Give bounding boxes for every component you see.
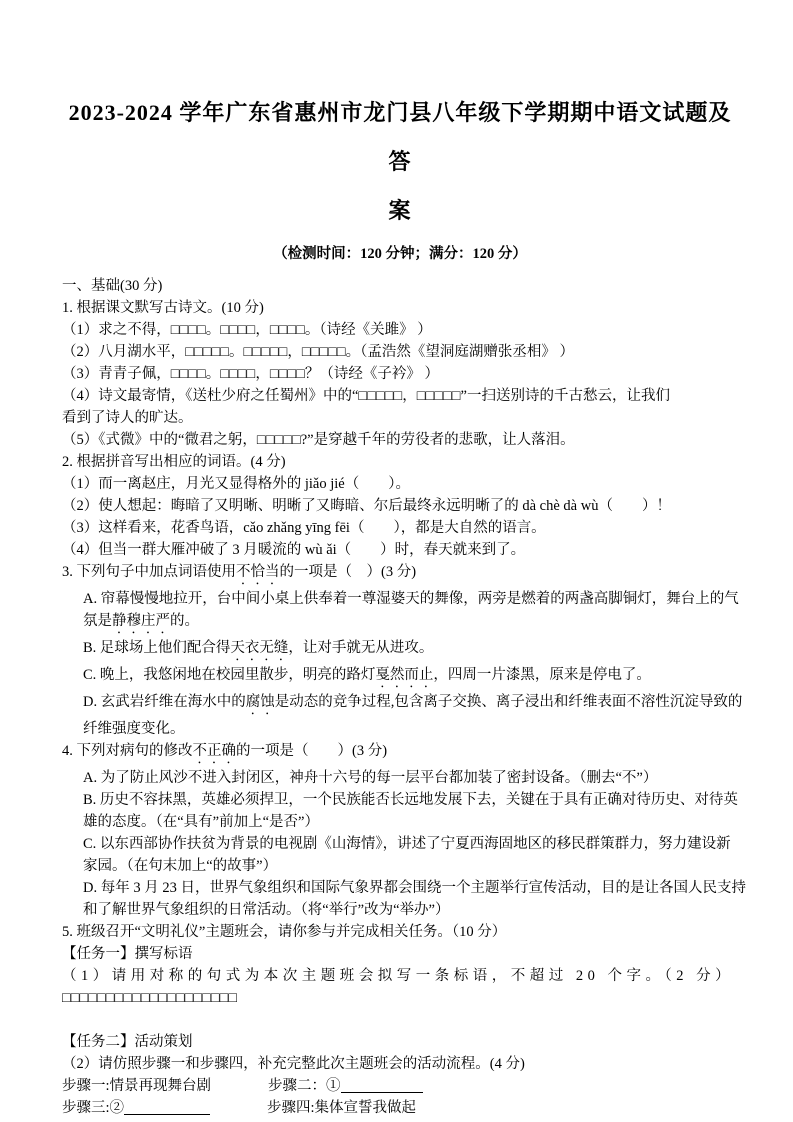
q2-item-4: （4）但当一群大雁冲破了 3 月暖流的 wù ǎi（ ）时，春天就来到了。 xyxy=(62,539,738,561)
emphasized-term: 戛然而止 xyxy=(375,667,433,683)
text-segment: C. 晚上，我悠闲地在校园里散步，明亮的路灯 xyxy=(83,667,375,683)
text-segment: D. 每年 3 月 23 日，世界气象组织和国际气象界都会围绕一个主题举行宣传活… xyxy=(83,880,746,896)
text-segment: D. 玄武岩纤维在海水中的 xyxy=(83,694,246,710)
text-segment: 的一项是（ ）(3 分) xyxy=(280,564,417,580)
q4-option-a: A. 为了防止风沙不进入封闭区，神舟十六号的每一层平台都加装了密封设备。（删去“… xyxy=(62,767,738,789)
q5-steps-row1: 步骤一:情景再现舞台剧步骤二：① xyxy=(62,1075,738,1097)
emphasized-term: 天衣无缝 xyxy=(230,640,288,656)
text-segment: ，四周一片漆黑，原来是停电了。 xyxy=(433,667,651,683)
q4-option-d-line1: D. 每年 3 月 23 日，世界气象组织和国际气象界都会围绕一个主题举行宣传活… xyxy=(62,877,738,899)
text-segment: B. 历史不容抹黑，英雄必须捍卫，一个民族能否长远地发展下去，关键在于具有正确对… xyxy=(83,792,738,808)
text-segment: B. 足球场上他们配合得 xyxy=(83,640,230,656)
section-1-heading: 一、基础(30 分) xyxy=(62,275,738,297)
emphasized-term: 腐蚀 xyxy=(246,694,275,710)
q2-item-3: （3）这样看来，花香鸟语，cǎo zhǎng yīng fēi（ ），都是大自然… xyxy=(62,517,738,539)
q3-option-b: B. 足球场上他们配合得天衣无缝，让对手就无从进攻。 xyxy=(62,637,738,664)
answer-blank-underline xyxy=(341,1076,423,1093)
text-segment: 步骤一:情景再现舞台剧 xyxy=(62,1075,268,1097)
q3-option-c: C. 晚上，我悠闲地在校园里散步，明亮的路灯戛然而止，四周一片漆黑，原来是停电了… xyxy=(62,664,738,691)
text-segment: 5. 班级召开“文明礼仪”主题班会，请你参与并完成相关任务。（10 分） xyxy=(62,924,506,940)
q3-option-d-line1: D. 玄武岩纤维在海水中的腐蚀是动态的竞争过程,包含离子交换、离子浸出和纤维表面… xyxy=(62,691,738,718)
text-segment: 【任务一】撰写标语 xyxy=(62,946,193,962)
q5-task2-prompt: （2）请仿照步骤一和步骤四，补充完整此次主题班会的活动流程。(4 分) xyxy=(62,1053,738,1075)
text-segment: （5）《式微》中的“微君之躬，□□□□□?”是穿越千年的劳役者的悲歌，让人落泪。 xyxy=(62,432,575,448)
emphasized-term: 静穆庄严 xyxy=(112,613,170,629)
q1-item-1: （1）求之不得，□□□□。□□□□，□□□□。（诗经《关雎》 ） xyxy=(62,319,738,341)
text-segment: 1. 根据课文默写古诗文。(10 分) xyxy=(62,300,264,316)
text-segment: □□□□□□□□□□□□□□□□□□□□ xyxy=(62,990,237,1006)
text-segment: （3）青青子佩，□□□□。□□□□，□□□□？（诗经《子衿》 ） xyxy=(62,366,439,382)
text-segment: 步骤三:② xyxy=(62,1100,124,1116)
q5-task1-heading: 【任务一】撰写标语 xyxy=(62,943,738,965)
document-title-line2: 案 xyxy=(388,198,411,223)
text-segment: A. 为了防止风沙不进入封闭区，神舟十六号的每一层平台都加装了密封设备。（删去“… xyxy=(83,770,657,786)
q1-item-4-line1: （4）诗文最寄情，《送杜少府之任蜀州》中的“□□□□□，□□□□□”一扫送别诗的… xyxy=(62,385,738,407)
text-segment: （4）但当一群大雁冲破了 3 月暖流的 wù ǎi（ ）时，春天就来到了。 xyxy=(62,542,525,558)
q2-item-2: （2）使人想起：晦暗了又明晰、明晰了又晦暗、尔后最终永远明晰了的 dà chè … xyxy=(62,495,738,517)
text-segment: 4. 下列对病句的修改 xyxy=(62,743,193,759)
text-segment: ，让对手就无从进攻。 xyxy=(288,640,433,656)
q4-option-b-line2: 雄的态度。（在“具有”前加上“是否”） xyxy=(62,811,738,833)
text-segment: 看到了诗人的旷达。 xyxy=(62,410,193,426)
exam-document-page: 2023-2024 学年广东省惠州市龙门县八年级下学期期中语文试题及答案 （检测… xyxy=(0,0,793,1122)
document-title: 2023-2024 学年广东省惠州市龙门县八年级下学期期中语文试题及答案 xyxy=(62,88,738,235)
text-segment: 氛是 xyxy=(83,613,112,629)
text-segment: 步骤二：① xyxy=(268,1078,341,1094)
q5-task1-prompt: （1）请用对称的句式为本次主题班会拟写一条标语，不超过 20 个字。（2 分） xyxy=(62,965,738,987)
q1-stem: 1. 根据课文默写古诗文。(10 分) xyxy=(62,297,738,319)
document-lines: 一、基础(30 分)1. 根据课文默写古诗文。(10 分)（1）求之不得，□□□… xyxy=(62,275,738,1119)
q3-stem: 3. 下列句子中加点词语使用不恰当的一项是（ ）(3 分) xyxy=(62,561,738,588)
document-title-line1: 2023-2024 学年广东省惠州市龙门县八年级下学期期中语文试题及答 xyxy=(69,100,732,174)
q1-item-5: （5）《式微》中的“微君之躬，□□□□□?”是穿越千年的劳役者的悲歌，让人落泪。 xyxy=(62,429,738,451)
q5-stem: 5. 班级召开“文明礼仪”主题班会，请你参与并完成相关任务。（10 分） xyxy=(62,921,738,943)
q4-option-b-line1: B. 历史不容抹黑，英雄必须捍卫，一个民族能否长远地发展下去，关键在于具有正确对… xyxy=(62,789,738,811)
q1-item-4-line2: 看到了诗人的旷达。 xyxy=(62,407,738,429)
q2-stem: 2. 根据拼音写出相应的词语。(4 分) xyxy=(62,451,738,473)
text-segment: 雄的态度。（在“具有”前加上“是否”） xyxy=(83,814,319,830)
q3-option-a-line1: A. 帘幕慢慢地拉开，台中间小桌上供奉着一尊湿婆天的舞像，两旁是燃着的两盏高脚铜… xyxy=(62,588,738,610)
text-segment: （2）使人想起：晦暗了又明晰、明晰了又晦暗、尔后最终永远明晰了的 dà chè … xyxy=(62,498,671,514)
text-segment: A. 帘幕慢慢地拉开，台中间小桌上供奉着一尊湿婆天的舞像，两旁是燃着的两盏高脚铜… xyxy=(83,591,739,607)
text-segment: 的一项是（ ）(3 分) xyxy=(236,743,387,759)
text-segment: C. 以东西部协作扶贫为背景的电视剧《山海情》，讲述了宁夏西海固地区的移民群策群… xyxy=(83,836,731,852)
answer-blank-underline xyxy=(124,1098,210,1115)
text-segment: 家园。（在句末加上“的故事”） xyxy=(83,858,277,874)
q1-item-3: （3）青青子佩，□□□□。□□□□，□□□□？（诗经《子衿》 ） xyxy=(62,363,738,385)
text-segment: 一、基础(30 分) xyxy=(62,278,162,294)
emphasized-term: 不恰当 xyxy=(236,564,280,580)
document-content: 2023-2024 学年广东省惠州市龙门县八年级下学期期中语文试题及答案 （检测… xyxy=(62,88,738,1119)
text-segment: 的。 xyxy=(170,613,199,629)
text-segment: （4）诗文最寄情，《送杜少府之任蜀州》中的“□□□□□，□□□□□”一扫送别诗的… xyxy=(62,388,670,404)
text-segment: （1）求之不得，□□□□。□□□□，□□□□。（诗经《关雎》 ） xyxy=(62,322,432,338)
text-segment: （1）而一离赵庄，月光又显得格外的 jiǎo jié（ ）。 xyxy=(62,476,410,492)
emphasized-term: 不正确 xyxy=(193,743,237,759)
q5-answer-boxes: □□□□□□□□□□□□□□□□□□□□ xyxy=(62,987,738,1009)
q4-option-d-line2: 和了解世界气象组织的日常活动。（将“举行”改为“举办”） xyxy=(62,899,738,921)
document-subtitle: （检测时间：120 分钟；满分：120 分） xyxy=(62,243,738,265)
q4-stem: 4. 下列对病句的修改不正确的一项是（ ）(3 分) xyxy=(62,740,738,767)
q2-item-1: （1）而一离赵庄，月光又显得格外的 jiǎo jié（ ）。 xyxy=(62,473,738,495)
text-segment: 和了解世界气象组织的日常活动。（将“举行”改为“举办”） xyxy=(83,902,450,918)
q3-option-a-line2: 氛是静穆庄严的。 xyxy=(62,610,738,637)
spacer xyxy=(62,1009,738,1031)
q5-task2-heading: 【任务二】活动策划 xyxy=(62,1031,738,1053)
text-segment: （1）请用对称的句式为本次主题班会拟写一条标语，不超过 20 个字。（2 分） xyxy=(62,968,734,984)
text-segment: （2）请仿照步骤一和步骤四，补充完整此次主题班会的活动流程。(4 分) xyxy=(62,1056,525,1072)
text-segment: 纤维强度变化。 xyxy=(83,721,185,737)
q3-option-d-line2: 纤维强度变化。 xyxy=(62,718,738,740)
text-segment: 【任务二】活动策划 xyxy=(62,1034,193,1050)
q1-item-2: （2）八月湖水平，□□□□□。□□□□□，□□□□□。（孟浩然《望洞庭湖赠张丞相… xyxy=(62,341,738,363)
text-segment: （2）八月湖水平，□□□□□。□□□□□，□□□□□。（孟浩然《望洞庭湖赠张丞相… xyxy=(62,344,574,360)
text-segment: （3）这样看来，花香鸟语，cǎo zhǎng yīng fēi（ ），都是大自然… xyxy=(62,520,546,536)
q4-option-c-line1: C. 以东西部协作扶贫为背景的电视剧《山海情》，讲述了宁夏西海固地区的移民群策群… xyxy=(62,833,738,855)
text-segment: 2. 根据拼音写出相应的词语。(4 分) xyxy=(62,454,286,470)
q4-option-c-line2: 家园。（在句末加上“的故事”） xyxy=(62,855,738,877)
q5-steps-row2: 步骤三:②步骤四:集体宣誓我做起 xyxy=(62,1097,738,1119)
text-segment: 步骤四:集体宣誓我做起 xyxy=(267,1100,416,1116)
text-segment: 3. 下列句子中加点词语使用 xyxy=(62,564,236,580)
text-segment: 是动态的竞争过程,包含离子交换、离子浸出和纤维表面不溶性沉淀导致的 xyxy=(275,694,743,710)
